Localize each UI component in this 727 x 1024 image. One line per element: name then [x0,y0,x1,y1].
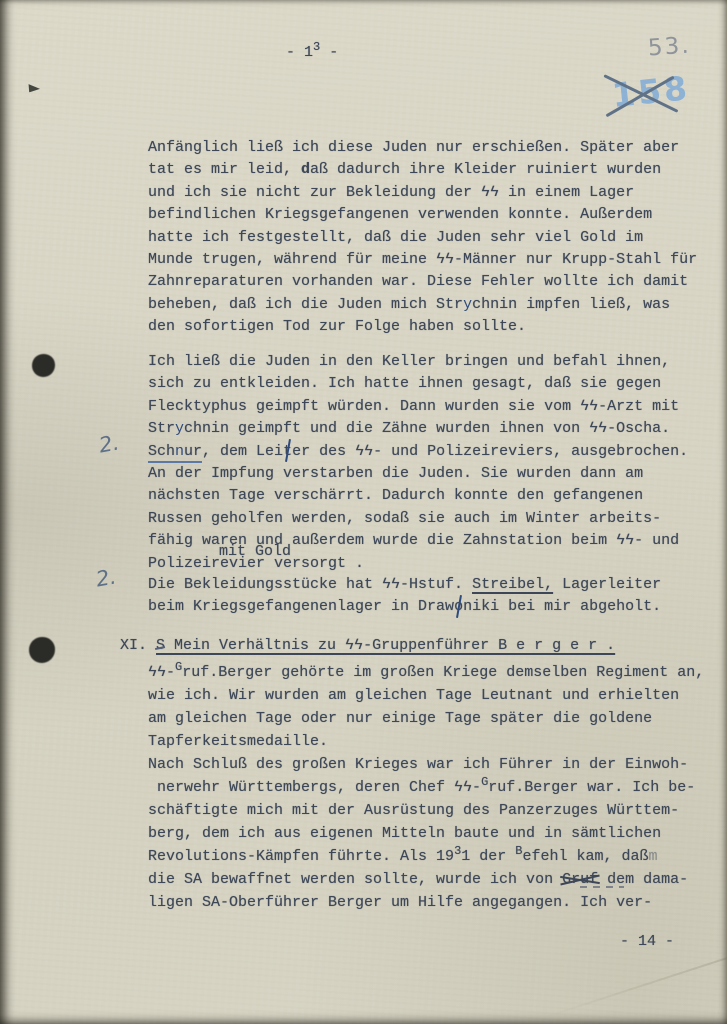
text-segment: beheben, daß ich die Juden mich Str [148,296,463,313]
margin-mark-1: 2. [97,430,121,457]
section-heading: XI. S Mein Verhältnis zu ϟϟ-Gruppenführe… [120,637,615,659]
text-segment: Tapferkeitsmedaille. [148,733,328,750]
text-line: am gleichen Tage oder nur einige Tage sp… [148,710,704,733]
superscript-char: G [175,660,182,674]
pen-correction: n [175,443,184,463]
text-line: Munde trugen, während für meine ϟϟ-Männe… [148,251,697,273]
text-segment: Revolutions-Kämpfen führte. Als 19 [148,848,454,865]
text-line: Nach Schluß des großen Krieges war ich F… [148,756,704,779]
pencil-page-number: 53. [647,33,691,62]
text-line: ligen SA-Oberführer Berger um Hilfe ange… [148,894,704,917]
text-line: Strychnin geimpft und die Zähne wurden i… [148,420,688,442]
text-segment: 1 der [461,848,515,865]
margin-mark-2: 2. [94,564,118,591]
text-line: tat es mir leid, daß dadurch ihre Kleide… [148,161,697,183]
text-segment: , dem Lei [202,443,283,460]
text-line: Tapferkeitsmedaille. [148,733,704,756]
page-number-header: - 13 - [286,44,338,66]
text-segment: ruf.Berger war. Ich be- [488,779,695,796]
text-line: - 13 - [286,44,338,66]
text-segment: - 14 - [620,933,674,950]
text-segment: nächsten Tage verschärrt. Dadurch konnte… [148,487,643,504]
paragraph-3: Die Bekleidungsstücke hat ϟϟ-Hstuf. Stre… [148,576,661,621]
text-segment: und ich sie nicht zur Bekleidung der ϟϟ … [148,184,634,201]
text-segment: hatte ich festgestellt, daß die Juden se… [148,229,643,246]
underlined-text: S [156,637,165,654]
pen-underlined-text: ur [184,443,202,463]
text-segment: Zahnreparaturen vorhanden war. Diese Feh… [148,273,688,290]
faint-char: m [649,848,658,865]
text-segment: Ich ließ die Juden in den Keller bringen… [148,353,670,370]
text-segment: berg, dem ich aus eigenen Mitteln baute … [148,825,661,842]
text-line: - 14 - [620,933,674,955]
text-line: beim Kriegsgefangenenlager in Drawoniki … [148,598,661,620]
text-line: Schnur, dem Leiter des ϟϟ- und Polizeire… [148,443,688,465]
text-segment: Die Bekleidungsstücke hat ϟϟ-Hstuf. [148,576,472,593]
pen-correction: y [463,296,472,313]
text-segment: Russen geholfen werden, sodaß sie auch i… [148,510,661,527]
text-segment: Flecktyphus geimpft würden. Dann wurden … [148,398,679,415]
text-line: Die Bekleidungsstücke hat ϟϟ-Hstuf. Stre… [148,576,661,598]
page-number-footer: - 14 - [620,933,674,955]
text-line: Revolutions-Kämpfen führte. Als 1931 der… [148,848,704,871]
text-line: An der Impfung verstarben die Juden. Sie… [148,465,688,487]
underlined-text: Streibel, [472,576,553,593]
pen-underlined-text: Sch [148,443,175,463]
text-line: den sofortigen Tod zur Folge haben sollt… [148,318,697,340]
text-segment: - [320,44,338,61]
text-segment: befindlichen Kriegsgefangenen verwenden … [148,206,652,223]
paragraph-1: Anfänglich ließ ich diese Juden nur ersc… [148,139,697,341]
text-segment: am gleichen Tage oder nur einige Tage sp… [148,710,652,727]
text-segment: Str [148,420,175,437]
hole-punch-top [32,354,55,377]
text-line: Russen geholfen werden, sodaß sie auch i… [148,510,688,532]
text-line: beheben, daß ich die Juden mich Strychni… [148,296,697,318]
pen-strike-char: t [283,443,292,460]
text-segment: schäftigte mich mit der Ausrüstung des P… [148,802,679,819]
text-segment: Lagerleiter [553,576,661,593]
text-line: nerwehr Württembergs, deren Chef ϟϟ-Gruf… [148,779,704,802]
text-segment: Munde trugen, während für meine ϟϟ-Männe… [148,251,697,268]
text-line: XI. S Mein Verhältnis zu ϟϟ-Gruppenführe… [120,637,615,659]
text-line: ϟϟ-Gruf.Berger gehörte im großen Kriege … [148,664,704,687]
text-segment: Anfänglich ließ ich diese Juden nur ersc… [148,139,679,156]
text-segment: Nach Schluß des großen Krieges war ich F… [148,756,688,773]
document-scan: 53. 158 2. 2. - 13 -Anfänglich ließ ich … [0,0,727,1024]
text-line: schäftigte mich mit der Ausrüstung des P… [148,802,704,825]
text-line: Anfänglich ließ ich diese Juden nur ersc… [148,139,697,161]
text-line: Zahnreparaturen vorhanden war. Diese Feh… [148,273,697,295]
text-segment: sich zu entkleiden. Ich hatte ihnen gesa… [148,375,661,392]
text-segment: XI. [120,637,156,654]
hole-punch-bottom [29,637,55,663]
text-line: Ich ließ die Juden in den Keller bringen… [148,353,688,375]
text-segment: efehl kam, daß [522,848,648,865]
text-line: nächsten Tage verschärrt. Dadurch konnte… [148,487,688,509]
pen-strike-char: o [454,598,463,615]
text-segment: wie ich. Wir wurden am gleichen Tage Leu… [148,687,679,704]
text-line: wie ich. Wir wurden am gleichen Tage Leu… [148,687,704,710]
text-segment: die SA bewaffnet werden sollte, wurde ic… [148,871,562,888]
text-line: sich zu entkleiden. Ich hatte ihnen gesa… [148,375,688,397]
text-segment: ligen SA-Oberführer Berger um Hilfe ange… [148,894,652,911]
text-line: die SA bewaffnet werden sollte, wurde ic… [148,871,704,894]
pen-correction: y [175,420,184,437]
text-segment: tat es mir leid, [148,161,301,178]
text-line: hatte ich festgestellt, daß die Juden se… [148,229,697,251]
text-line: und ich sie nicht zur Bekleidung der ϟϟ … [148,184,697,206]
crossed-out-word: Gruf [562,871,598,888]
text-segment: beim Kriegsgefangenenlager in Draw [148,598,454,615]
text-segment: chnin geimpft und die Zähne wurden ihnen… [184,420,670,437]
text-segment: aß dadurch ihre Kleider ruiniert wurden [310,161,661,178]
paragraph-2: Ich ließ die Juden in den Keller bringen… [148,353,688,577]
underlined-text: Mein Verhältnis zu ϟϟ-Gruppenführer B e … [165,637,615,654]
text-line: Flecktyphus geimpft würden. Dann wurden … [148,398,688,420]
text-segment: - 1 [286,44,313,61]
text-segment: niki bei mir abgeholt. [463,598,661,615]
text-line: Polizeireviermit Gold versorgt . [148,555,688,577]
text-segment: chnin impfen ließ, was [472,296,670,313]
text-segment: An der Impfung verstarben die Juden. Sie… [148,465,643,482]
overtyped-char: d [301,161,310,178]
text-segment: nerwehr Württembergs, deren Chef ϟϟ- [148,779,481,796]
text-segment: ruf.Berger gehörte im großen Kriege dems… [182,664,704,681]
superscript-char: 3 [313,40,320,54]
text-segment: ϟϟ- [148,664,175,681]
text-segment: dem dama- [598,871,688,888]
superscript-char: B [515,844,522,858]
text-line: befindlichen Kriegsgefangenen verwenden … [148,206,697,228]
text-segment: den sofortigen Tod zur Folge haben sollt… [148,318,526,335]
superscript-char: 3 [454,844,461,858]
superscript-char: G [481,775,488,789]
paragraph-4: ϟϟ-Gruf.Berger gehörte im großen Kriege … [148,664,704,917]
text-segment: er des ϟϟ- und Polizeireviers, ausgebroc… [292,443,688,460]
text-line: berg, dem ich aus eigenen Mitteln baute … [148,825,704,848]
